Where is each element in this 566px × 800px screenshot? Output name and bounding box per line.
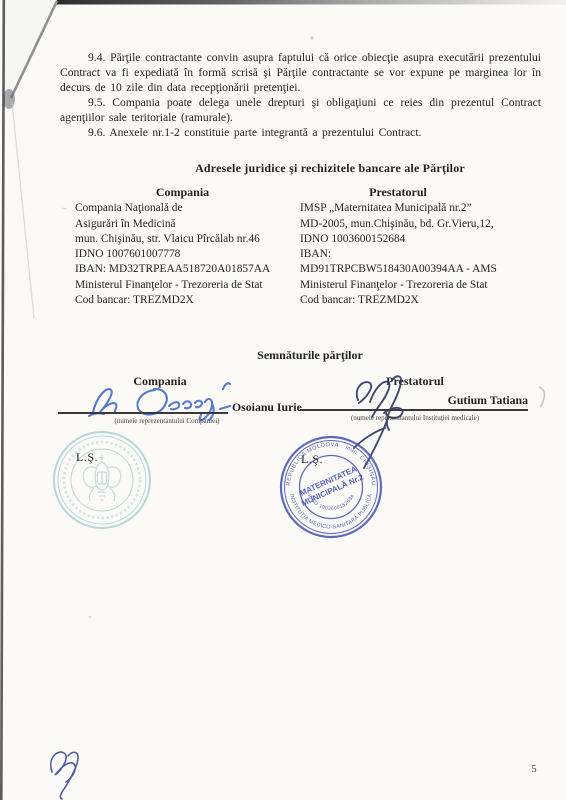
page-number: 5: [524, 764, 544, 775]
stamp-center-line2: MUNICIPALĂ Nr.2: [300, 472, 365, 508]
signature-caption-compania: (numele reprezentantului Companiei): [102, 417, 232, 425]
scan-mark-right: [539, 387, 544, 407]
scan-corner-diagonal: [11, 1, 57, 98]
svg-text:· INSTITUŢIA MEDICO-SANITARĂ P: · INSTITUŢIA MEDICO-SANITARĂ PUBLICĂ ·: [288, 490, 375, 531]
stamp-compania: [52, 430, 152, 530]
scan-left-edge: [0, 0, 5, 800]
seal-mark-left: L.Ş.: [76, 450, 98, 465]
signatures-heading: Semnăturile părţilor: [70, 348, 550, 363]
address-header-prestatorul: Prestatorul: [300, 185, 496, 200]
clause-9-5: 9.5. Compania poate delega unele dreptur…: [60, 95, 541, 125]
address-line: Compania Naţională de: [75, 201, 290, 216]
address-column-prestatorul: Prestatorul IMSP „Maternitatea Municipal…: [300, 185, 540, 308]
address-header-compania: Compania: [75, 185, 290, 200]
signer-name-compania: Osoianu Iurie: [232, 400, 302, 415]
addresses-heading: Adresele juridice şi rechizitele bancare…: [90, 161, 566, 176]
initials-mark: [38, 746, 93, 800]
address-line: Cod bancar: TREZMD2X: [300, 293, 540, 308]
scan-corner-fold: [5, 0, 57, 98]
scan-top-edge: [52, 0, 566, 5]
address-line: Asigurări în Medicină: [75, 217, 290, 232]
stamp-idno-text: IDNO 1003600152684: [306, 493, 356, 511]
signer-name-prestatorul: Gutium Tatiana: [423, 393, 528, 408]
address-line: MD-2005, mun.Chişinău, bd. Gr.Vieru,12,: [300, 217, 540, 232]
contract-clauses: 9.4. Părţile contractante convin asupra …: [60, 50, 541, 141]
address-line: IDNO 1007601007778: [75, 247, 290, 262]
signature-line-prestatorul: [300, 409, 528, 411]
stamp-ring-bottom-text: · INSTITUŢIA MEDICO-SANITARĂ PUBLICĂ ·: [288, 490, 375, 531]
svg-text:IDNO 1003600152684: IDNO 1003600152684: [306, 493, 356, 511]
scan-fold-shadow: [12, 102, 34, 318]
scanned-contract-page: { "page": { "number": "5" }, "paragraphs…: [0, 0, 566, 800]
signature-caption-prestatorul: (numele reprezentantului Instituţiei med…: [335, 414, 495, 422]
address-line: Ministerul Finanţelor - Trezoreria de St…: [300, 278, 540, 293]
signature-gutium: [340, 372, 440, 477]
address-line: IBAN: MD32TRPEAA518720A01857AA: [75, 262, 290, 277]
clause-9-4: 9.4. Părţile contractante convin asupra …: [60, 50, 541, 95]
address-line: Cod bancar: TREZMD2X: [75, 293, 290, 308]
address-column-compania: Compania Compania Naţională de Asigurări…: [75, 185, 290, 308]
address-line: MD91TRPCBW518430A00394AA - AMS: [300, 262, 540, 277]
address-line: mun. Chişinău, str. Vlaicu Pîrcălab nr.4…: [75, 232, 290, 247]
seal-mark-right: L.Ş.: [301, 452, 323, 467]
address-line: Ministerul Finanţelor - Trezoreria de St…: [75, 278, 290, 293]
signature-line-compania: [58, 412, 228, 414]
clause-9-6: 9.6. Anexele nr.1-2 constituie parte int…: [60, 125, 541, 140]
address-line: IMSP „Maternitatea Municipală nr.2”: [300, 201, 540, 216]
scan-corner-smudge: [3, 89, 15, 109]
address-line: IBAN:: [300, 247, 540, 262]
address-line: IDNO 1003600152684: [300, 232, 540, 247]
